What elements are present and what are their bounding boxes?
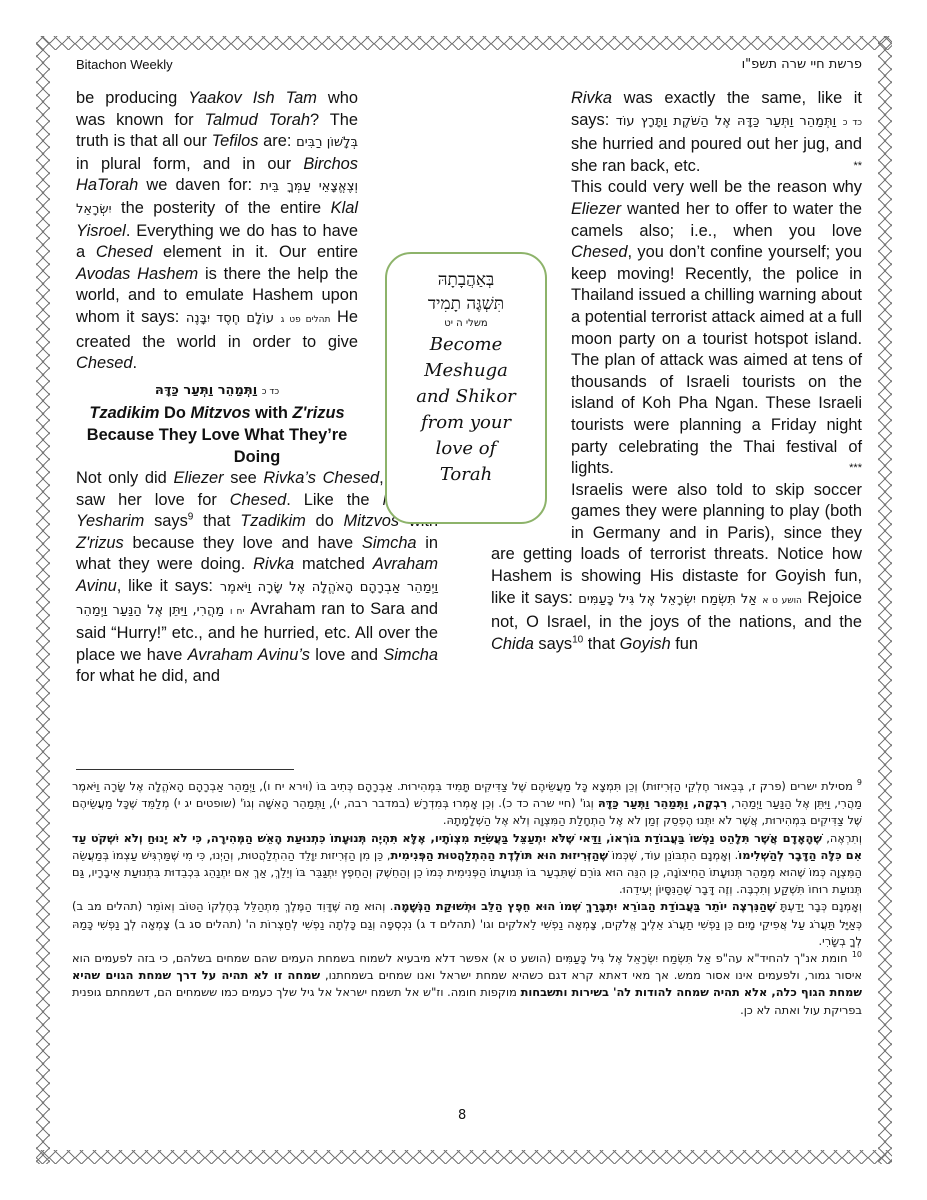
hebrew-verse: וַתְּמַהֵר וַתְּעַר כַּדָּהּ xyxy=(155,383,257,398)
text: . xyxy=(133,354,138,372)
text: love and xyxy=(310,646,383,664)
decorative-border-right xyxy=(878,36,892,1164)
footnote-number: 10 xyxy=(852,950,862,959)
section-separator: ** xyxy=(853,156,862,178)
footnote-bold-text: שֶׁהַנִּרְצֶה יוֹתֵר בַּעֲבוֹדַת הַבּוֹר… xyxy=(393,899,775,913)
text: , you don’t confine yourself; you keep m… xyxy=(571,243,862,477)
footnotes: 9 מסילת ישרים (פרק ז, בְּבֵאוּר חֶלְקֵי … xyxy=(72,778,862,1019)
text: Not only did xyxy=(76,469,173,487)
hebrew-quote: אַל תִּשְׂמַח יִשְׂרָאֵל אֶל גִּיל כָּעַ… xyxy=(578,592,757,607)
italic-term: Z'rizus xyxy=(76,534,124,552)
callout-wrap-spacer xyxy=(491,250,571,524)
publication-title: Bitachon Weekly xyxy=(76,57,173,72)
hebrew-source: כד כ xyxy=(843,118,862,128)
decorative-border-bottom xyxy=(36,1150,892,1164)
text: , like it says: xyxy=(117,577,220,595)
italic-term: Chesed xyxy=(571,243,628,261)
italic-term: Z'rizus xyxy=(292,404,344,422)
text: fun xyxy=(671,635,698,653)
footnote-9-para-2: וְתִרְאֶה, שֶׁהָאָדָם אֲשֶׁר תִּלָהֵט נַ… xyxy=(72,830,862,899)
italic-term: Yaakov Ish Tam xyxy=(188,89,317,107)
italic-term: Simcha xyxy=(383,646,438,664)
italic-term: Chesed xyxy=(96,243,153,261)
heading-line-2: Because They Love What They’re Doing xyxy=(76,425,438,468)
italic-term: Chesed xyxy=(76,354,133,372)
italic-term: Tzadikim xyxy=(240,512,306,530)
italic-term: Avodas Hashem xyxy=(76,265,198,283)
italic-term: Rivka’s Chesed xyxy=(263,469,379,487)
italic-term: Tzadikim xyxy=(89,404,159,422)
footnote-text: וְתִרְאֶה, xyxy=(822,831,862,845)
text: we daven for: xyxy=(138,176,260,194)
italic-term: Eliezer xyxy=(571,200,621,218)
parsha-title: פרשת חיי שרה תשפ"ו xyxy=(742,57,862,72)
hebrew-quote: עוֹלָם חֶסֶד יִבָּנֶה xyxy=(186,311,274,326)
footnote-9-para-3: וְאָמְנָם כְּבָר יָדַעְתָּ שֶׁהַנִּרְצֶה… xyxy=(72,898,862,950)
footnote-bold-text: רִבְקָה, וַתְּמַהֵר וַתְּעַר כַּדָּהּ xyxy=(598,796,727,810)
page-number: 8 xyxy=(458,1108,466,1123)
text: . Like the xyxy=(286,491,382,509)
text: This could very well be the reason why xyxy=(571,178,862,196)
text: are: xyxy=(258,132,296,150)
footnote-number: 9 xyxy=(857,778,862,787)
italic-term: Rivka xyxy=(253,555,294,573)
page-header: Bitachon Weekly פרשת חיי שרה תשפ"ו xyxy=(76,57,862,77)
text: Do xyxy=(160,404,191,422)
text: that xyxy=(193,512,240,530)
text: element in it. Our entire xyxy=(152,243,358,261)
text: do xyxy=(306,512,344,530)
italic-term: Talmud Torah xyxy=(205,111,310,129)
footnote-text: וְאָמְנָם כְּבָר יָדַעְתָּ xyxy=(776,899,862,913)
italic-term: Mitzvos xyxy=(190,404,250,422)
text: she hurried and poured out her jug, and … xyxy=(571,135,862,175)
text: matched xyxy=(294,555,373,573)
text: in plural form, and in our xyxy=(76,155,303,173)
hebrew-quote: בְּלָשׁוֹן רַבִּים xyxy=(296,135,358,150)
footnote-text: . וְאָמְנָם הִתְבּוֹנֵן עוֹד, שֶׁכְּמוֹ xyxy=(608,848,738,862)
right-column: Rivka was exactly the same, like it says… xyxy=(491,88,862,655)
text: says xyxy=(144,512,187,530)
left-column: be producing Yaakov Ish Tam who was know… xyxy=(76,88,438,688)
text: for what he did, and xyxy=(76,667,220,685)
hebrew-source: יח ו xyxy=(230,607,244,617)
italic-term: Chida xyxy=(491,635,534,653)
footnote-9: 9 מסילת ישרים (פרק ז, בְּבֵאוּר חֶלְקֵי … xyxy=(72,778,862,830)
hebrew-source: הושע ט א xyxy=(762,596,802,606)
hebrew-quote: וַתְּמַהֵר וַתְּעַר כַּדָּהּ אֶל הַשֹּׁק… xyxy=(616,114,836,129)
paragraph: Not only did Eliezer see Rivka’s Chesed,… xyxy=(76,468,438,688)
italic-term: Goyish xyxy=(620,635,671,653)
footnote-separator xyxy=(76,769,294,770)
text: because they love and have xyxy=(124,534,362,552)
hebrew-source: תהלים פט ג xyxy=(281,315,331,325)
italic-term: Tefilos xyxy=(212,132,259,150)
decorative-border-left xyxy=(36,36,50,1164)
hebrew-source: כד כ xyxy=(262,387,279,397)
italic-term: Rivka xyxy=(571,89,612,107)
italic-term: Avraham Avinu’s xyxy=(188,646,310,664)
text: with xyxy=(251,404,293,422)
footnote-10: 10 חומת אנ"ך להחיד"א עה"פ אַל תִּשְׂמַח … xyxy=(72,950,862,1019)
paragraph: Rivka was exactly the same, like it says… xyxy=(491,88,862,177)
text: says xyxy=(534,635,572,653)
text: be producing xyxy=(76,89,188,107)
footnote-bold-text: שֶׁהַזְּרִיזוּת הוּא תּוֹלֶדֶת הַהִתְלַה… xyxy=(390,848,608,862)
decorative-border-top xyxy=(36,36,892,50)
text: the posterity of the entire xyxy=(112,199,331,217)
italic-term: Eliezer xyxy=(173,469,223,487)
italic-term: Chesed xyxy=(230,491,287,509)
text: see xyxy=(224,469,264,487)
section-separator: *** xyxy=(849,458,862,480)
italic-term: Simcha xyxy=(362,534,417,552)
footnote-ref[interactable]: 10 xyxy=(572,634,583,645)
text: that xyxy=(583,635,619,653)
